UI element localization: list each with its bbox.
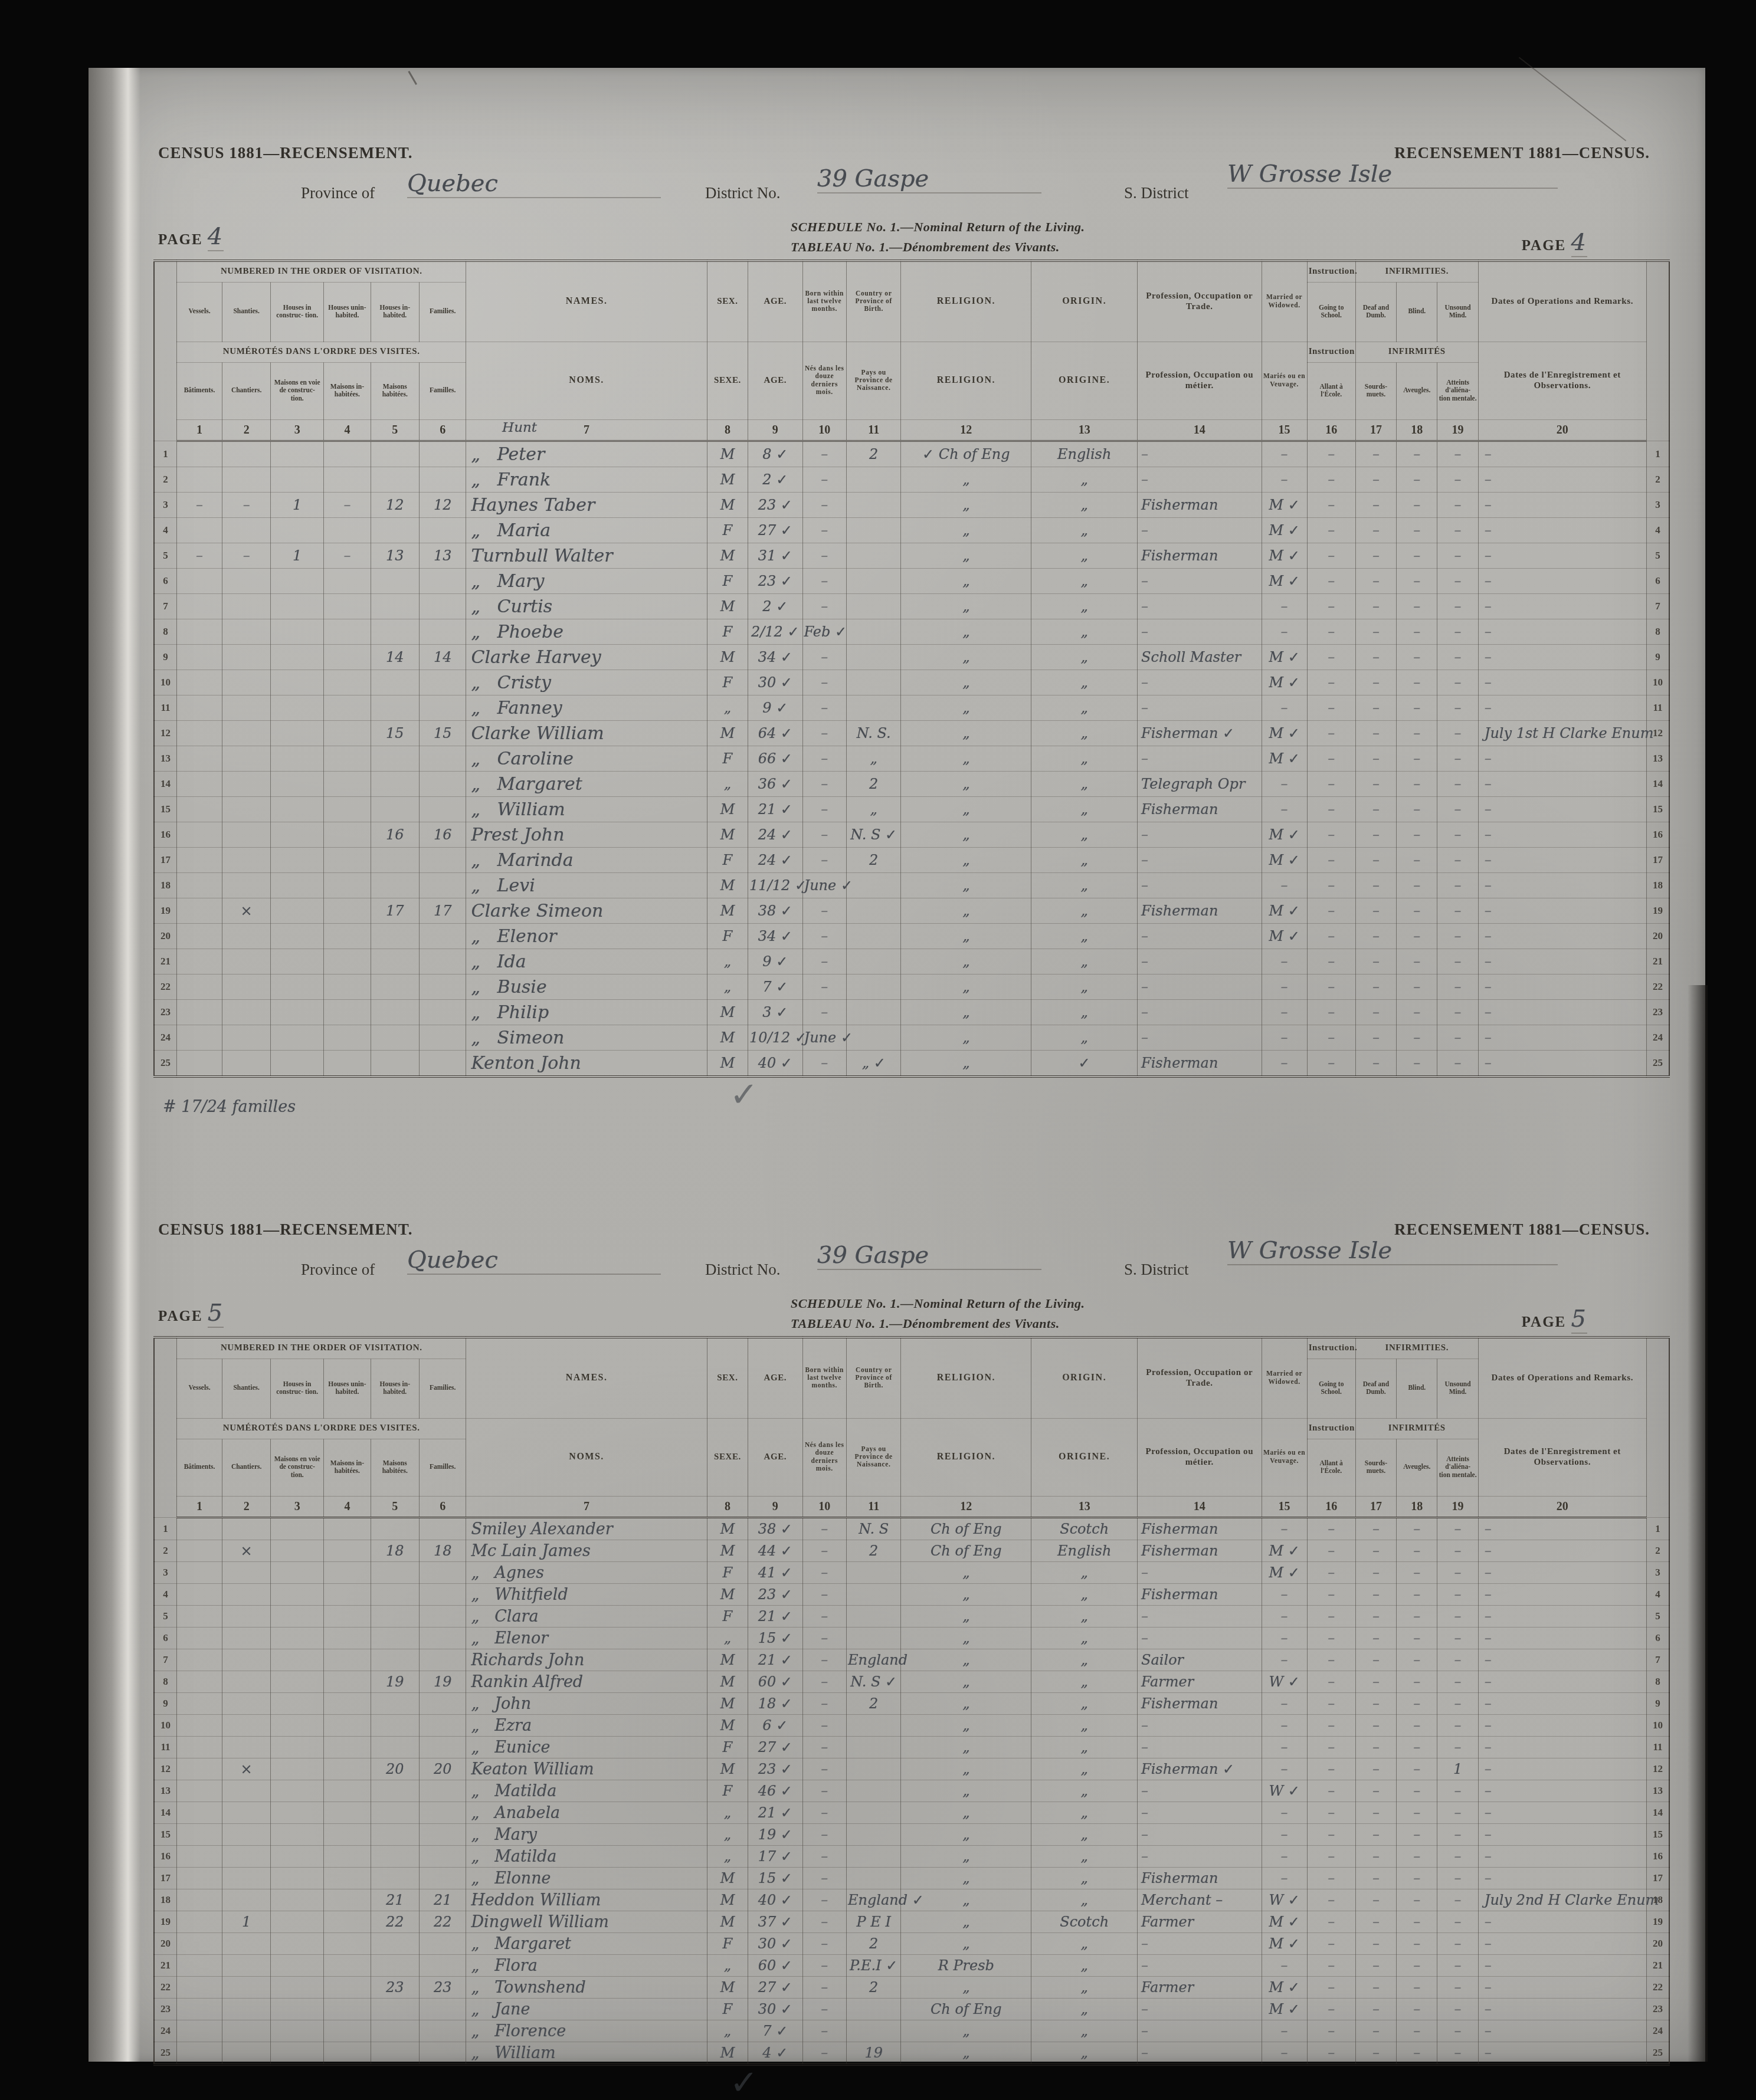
cell-col11 bbox=[847, 1715, 901, 1737]
cell-col18: – bbox=[1397, 467, 1437, 493]
cell-col9: 3 ✓ bbox=[748, 1000, 802, 1025]
row-number: 13 bbox=[154, 1780, 177, 1802]
cell-col3 bbox=[271, 1824, 324, 1846]
cell-col3 bbox=[271, 949, 324, 974]
cell-col17: – bbox=[1355, 1584, 1396, 1606]
cell-col9: 10/12 ✓ bbox=[748, 1025, 802, 1051]
cell-col6 bbox=[419, 1824, 466, 1846]
cell-col11 bbox=[847, 1868, 901, 1889]
cell-col14: Fisherman bbox=[1138, 543, 1262, 569]
cell-col12: „ bbox=[901, 746, 1031, 772]
cell-col18: – bbox=[1397, 746, 1437, 772]
cell-col9: 34 ✓ bbox=[748, 645, 802, 670]
cell-col16: – bbox=[1307, 848, 1355, 873]
cell-col8: F bbox=[707, 1737, 748, 1758]
cell-col14: – bbox=[1138, 949, 1262, 974]
cell-col2 bbox=[222, 721, 271, 746]
cell-col18: – bbox=[1397, 1649, 1437, 1671]
cell-col17: – bbox=[1355, 695, 1396, 721]
cell-col12: „ bbox=[901, 1824, 1031, 1846]
cell-col8: M bbox=[707, 1911, 748, 1933]
cell-col7: „ Margaret bbox=[466, 772, 707, 797]
cell-col20: – bbox=[1478, 1627, 1646, 1649]
cell-col16: – bbox=[1307, 974, 1355, 1000]
cell-col8: „ bbox=[707, 1846, 748, 1868]
cell-col16: – bbox=[1307, 1671, 1355, 1693]
census-row: 20„ ElenorF34 ✓–„„–M ✓–––––20 bbox=[154, 924, 1669, 949]
cell-col19: – bbox=[1437, 518, 1478, 543]
cell-col14: – bbox=[1138, 670, 1262, 695]
page-header: CENSUS 1881—RECENSEMENT. RECENSEMENT 188… bbox=[153, 1206, 1670, 1336]
cell-col9: 9 ✓ bbox=[748, 695, 802, 721]
cell-col17: – bbox=[1355, 1868, 1396, 1889]
cell-col2 bbox=[222, 1649, 271, 1671]
cell-col16: – bbox=[1307, 543, 1355, 569]
cell-col6 bbox=[419, 1518, 466, 1540]
cell-col15: M ✓ bbox=[1262, 1911, 1307, 1933]
cell-col10: June ✓ bbox=[802, 873, 846, 898]
cell-col6 bbox=[419, 1051, 466, 1077]
col-blind-en: Blind. bbox=[1397, 283, 1437, 342]
cell-col14: – bbox=[1138, 1824, 1262, 1846]
cell-col12: „ bbox=[901, 1693, 1031, 1715]
cell-col7: „ Fanney bbox=[466, 695, 707, 721]
cell-col19: – bbox=[1437, 441, 1478, 467]
cell-col15: – bbox=[1262, 1518, 1307, 1540]
cell-col7: „ Curtis bbox=[466, 594, 707, 619]
district-label: District No. bbox=[705, 184, 781, 202]
cell-col1 bbox=[177, 1999, 222, 2020]
cell-col9: 21 ✓ bbox=[748, 1606, 802, 1627]
col-occupation-fr: Profession, Occupation ou métier. bbox=[1138, 342, 1262, 420]
cell-col14: Fisherman bbox=[1138, 1868, 1262, 1889]
cell-col14: – bbox=[1138, 569, 1262, 594]
cell-col13: „ bbox=[1031, 2020, 1138, 2042]
cell-col19: – bbox=[1437, 1824, 1478, 1846]
cell-col4 bbox=[324, 898, 371, 924]
cell-col1 bbox=[177, 924, 222, 949]
cell-col20: – bbox=[1478, 1933, 1646, 1955]
cell-col3 bbox=[271, 1889, 324, 1911]
cell-col17: – bbox=[1355, 1562, 1396, 1584]
cell-col3: 1 bbox=[271, 493, 324, 518]
cell-col4 bbox=[324, 1693, 371, 1715]
cell-col4 bbox=[324, 1518, 371, 1540]
cell-col6 bbox=[419, 518, 466, 543]
cell-col20: – bbox=[1478, 772, 1646, 797]
cell-col6: 21 bbox=[419, 1889, 466, 1911]
cell-col8: F bbox=[707, 1606, 748, 1627]
col-age-en: AGE. bbox=[748, 1337, 802, 1419]
cell-col1 bbox=[177, 594, 222, 619]
cell-col7: „ Ezra bbox=[466, 1715, 707, 1737]
row-number: 17 bbox=[1646, 848, 1669, 873]
col-school-en: Going to School. bbox=[1307, 283, 1355, 342]
cell-col6: 12 bbox=[419, 493, 466, 518]
census-row: 19×1717Clarke SimeonM38 ✓–„„FishermanM ✓… bbox=[154, 898, 1669, 924]
cell-col18: – bbox=[1397, 924, 1437, 949]
cell-col17: – bbox=[1355, 1955, 1396, 1977]
cell-col9: 38 ✓ bbox=[748, 1518, 802, 1540]
cell-col19: – bbox=[1437, 848, 1478, 873]
cell-col13: „ bbox=[1031, 1584, 1138, 1606]
cell-col12: ✓ Ch of Eng bbox=[901, 441, 1031, 467]
cell-col9: 21 ✓ bbox=[748, 797, 802, 822]
cell-col11: „ bbox=[847, 797, 901, 822]
cell-col8: „ bbox=[707, 1824, 748, 1846]
cell-col5: 23 bbox=[371, 1977, 419, 1999]
cell-col15: M ✓ bbox=[1262, 721, 1307, 746]
cell-col9: 7 ✓ bbox=[748, 2020, 802, 2042]
row-number: 5 bbox=[154, 543, 177, 569]
instruction-group-en: Instruction. bbox=[1307, 261, 1355, 283]
cell-col18: – bbox=[1397, 1000, 1437, 1025]
cell-col20: – bbox=[1478, 1562, 1646, 1584]
cell-col16: – bbox=[1307, 1780, 1355, 1802]
cell-col6 bbox=[419, 569, 466, 594]
cell-col13: „ bbox=[1031, 2042, 1138, 2065]
cell-col11 bbox=[847, 1999, 901, 2020]
cell-col17: – bbox=[1355, 1977, 1396, 1999]
col-religion-fr: RELIGION. bbox=[901, 342, 1031, 420]
census-row: 21„ Flora„60 ✓–P.E.I ✓R Presb„–––––––21 bbox=[154, 1955, 1669, 1977]
col-age-en: AGE. bbox=[748, 261, 802, 342]
census-row: 23„ PhilipM3 ✓–„„–––––––23 bbox=[154, 1000, 1669, 1025]
cell-col8: F bbox=[707, 518, 748, 543]
col-born-fr: Nés dans les douze derniers mois. bbox=[802, 342, 846, 420]
row-number: 8 bbox=[154, 1671, 177, 1693]
cell-col15: – bbox=[1262, 1715, 1307, 1737]
cell-col7: Turnbull Walter bbox=[466, 543, 707, 569]
cell-col12: „ bbox=[901, 1802, 1031, 1824]
row-number: 14 bbox=[154, 772, 177, 797]
col-families-fr: Familles. bbox=[419, 363, 466, 420]
cell-col15: M ✓ bbox=[1262, 670, 1307, 695]
cell-col11 bbox=[847, 1780, 901, 1802]
row-number: 8 bbox=[154, 619, 177, 645]
cell-col12: „ bbox=[901, 543, 1031, 569]
cell-col9: 46 ✓ bbox=[748, 1780, 802, 1802]
row-number: 3 bbox=[154, 493, 177, 518]
cell-col13: „ bbox=[1031, 1671, 1138, 1693]
col-remarks-en: Dates of Operations and Remarks. bbox=[1478, 261, 1646, 342]
census-row: 2×1818Mc Lain JamesM44 ✓–2Ch of EngEngli… bbox=[154, 1540, 1669, 1562]
col-origin-en: ORIGIN. bbox=[1031, 1337, 1138, 1419]
cell-col3 bbox=[271, 1693, 324, 1715]
col-families-en: Families. bbox=[419, 283, 466, 342]
cell-col19: – bbox=[1437, 1737, 1478, 1758]
row-number: 9 bbox=[1646, 1693, 1669, 1715]
cell-col8: M bbox=[707, 797, 748, 822]
cell-col17: – bbox=[1355, 1933, 1396, 1955]
cell-col6 bbox=[419, 848, 466, 873]
cell-col3: 1 bbox=[271, 543, 324, 569]
page-number-handwritten: 4 bbox=[1571, 229, 1587, 257]
cell-col18: – bbox=[1397, 1846, 1437, 1868]
cell-col2 bbox=[222, 822, 271, 848]
page-label-left: PAGE 4 bbox=[158, 223, 224, 251]
cell-col4 bbox=[324, 873, 371, 898]
row-number: 6 bbox=[154, 569, 177, 594]
cell-col11: P E I bbox=[847, 1911, 901, 1933]
col-born-en: Born within last twelve months. bbox=[802, 261, 846, 342]
col-houses-inhabited-en: Houses in- habited. bbox=[371, 1359, 419, 1419]
cell-col12: „ bbox=[901, 569, 1031, 594]
cell-col7: Clarke Simeon bbox=[466, 898, 707, 924]
cell-col15: W ✓ bbox=[1262, 1780, 1307, 1802]
cell-col20: – bbox=[1478, 1606, 1646, 1627]
cell-col14: – bbox=[1138, 1802, 1262, 1824]
col-birthplace-en: Country or Province of Birth. bbox=[847, 261, 901, 342]
cell-col17: – bbox=[1355, 1000, 1396, 1025]
cell-col18: – bbox=[1397, 1540, 1437, 1562]
enumerator-checkmark: ✓ bbox=[730, 1074, 759, 1114]
census-table: NUMBERED IN THE ORDER OF VISITATION. NAM… bbox=[153, 260, 1670, 1078]
cell-col19: – bbox=[1437, 822, 1478, 848]
row-number: 25 bbox=[1646, 2042, 1669, 2065]
cell-col18: – bbox=[1397, 1627, 1437, 1649]
cell-col14: – bbox=[1138, 822, 1262, 848]
cell-col4 bbox=[324, 1824, 371, 1846]
cell-col4 bbox=[324, 1715, 371, 1737]
cell-col10: – bbox=[802, 1584, 846, 1606]
cell-col10: – bbox=[802, 1649, 846, 1671]
cell-col8: M bbox=[707, 1758, 748, 1780]
cell-col14: – bbox=[1138, 848, 1262, 873]
cell-col17: – bbox=[1355, 1737, 1396, 1758]
cell-col14: – bbox=[1138, 1606, 1262, 1627]
cell-col2: – bbox=[222, 543, 271, 569]
cell-col2: × bbox=[222, 1540, 271, 1562]
cell-col9: 24 ✓ bbox=[748, 822, 802, 848]
cell-col1 bbox=[177, 1649, 222, 1671]
province-value-handwritten: Quebec bbox=[407, 1246, 661, 1275]
cell-col17: – bbox=[1355, 594, 1396, 619]
cell-col9: 8 ✓ bbox=[748, 441, 802, 467]
cell-col18: – bbox=[1397, 1693, 1437, 1715]
row-number: 14 bbox=[154, 1802, 177, 1824]
cell-col12: Ch of Eng bbox=[901, 1999, 1031, 2020]
cell-col14: – bbox=[1138, 1715, 1262, 1737]
visitation-group-fr: NUMÉROTÉS DANS L'ORDRE DES VISITES. bbox=[177, 1419, 466, 1439]
cell-col17: – bbox=[1355, 974, 1396, 1000]
cell-col20: – bbox=[1478, 493, 1646, 518]
cell-col18: – bbox=[1397, 1051, 1437, 1077]
cell-col13: „ bbox=[1031, 1715, 1138, 1737]
cell-col7: „ Matilda bbox=[466, 1846, 707, 1868]
enumerator-checkmark: ✓ bbox=[730, 2062, 759, 2100]
census-page: CENSUS 1881—RECENSEMENT. RECENSEMENT 188… bbox=[153, 130, 1670, 1078]
cell-col7: „ Marinda bbox=[466, 848, 707, 873]
cell-col10: – bbox=[802, 1868, 846, 1889]
cell-col7: „ Anabela bbox=[466, 1802, 707, 1824]
cell-col14: Scholl Master bbox=[1138, 645, 1262, 670]
row-number: 16 bbox=[154, 822, 177, 848]
cell-col6 bbox=[419, 797, 466, 822]
cell-col5: 22 bbox=[371, 1911, 419, 1933]
cell-col11 bbox=[847, 1802, 901, 1824]
cell-col1: – bbox=[177, 543, 222, 569]
cell-col15: M ✓ bbox=[1262, 493, 1307, 518]
cell-col18: – bbox=[1397, 898, 1437, 924]
row-number: 13 bbox=[1646, 746, 1669, 772]
col-houses-construction-en: Houses in construc- tion. bbox=[271, 283, 324, 342]
cell-col16: – bbox=[1307, 1868, 1355, 1889]
cell-col2: 1 bbox=[222, 1911, 271, 1933]
census-row: 25„ WilliamM4 ✓–19„„–––––––25 bbox=[154, 2042, 1669, 2065]
census-row: 4„ MariaF27 ✓–„„–M ✓–––––4 bbox=[154, 518, 1669, 543]
cell-col6: 18 bbox=[419, 1540, 466, 1562]
cell-col9: 23 ✓ bbox=[748, 1758, 802, 1780]
cell-col11: „ ✓ bbox=[847, 1051, 901, 1077]
cell-col6 bbox=[419, 1693, 466, 1715]
cell-col6: 22 bbox=[419, 1911, 466, 1933]
cell-col5 bbox=[371, 695, 419, 721]
cell-col11: N. S ✓ bbox=[847, 822, 901, 848]
cell-col10: – bbox=[802, 695, 846, 721]
census-page: CENSUS 1881—RECENSEMENT. RECENSEMENT 188… bbox=[153, 1206, 1670, 2066]
cell-col3 bbox=[271, 797, 324, 822]
cell-col6 bbox=[419, 2042, 466, 2065]
cell-col7: Kenton John bbox=[466, 1051, 707, 1077]
cell-col15: M ✓ bbox=[1262, 518, 1307, 543]
cell-col12: „ bbox=[901, 2042, 1031, 2065]
cell-col13: „ bbox=[1031, 645, 1138, 670]
paper-sheet: CENSUS 1881—RECENSEMENT. RECENSEMENT 188… bbox=[89, 68, 1705, 2062]
census-row: 20„ MargaretF30 ✓–2„„–M ✓–––––20 bbox=[154, 1933, 1669, 1955]
cell-col4 bbox=[324, 594, 371, 619]
subdistrict-value-handwritten: W Grosse Isle bbox=[1227, 1237, 1558, 1265]
cell-col9: 21 ✓ bbox=[748, 1802, 802, 1824]
cell-col19: – bbox=[1437, 1671, 1478, 1693]
cell-col3 bbox=[271, 1802, 324, 1824]
cell-col17: – bbox=[1355, 1802, 1396, 1824]
cell-col11 bbox=[847, 873, 901, 898]
cell-col5 bbox=[371, 1780, 419, 1802]
cell-col14: – bbox=[1138, 1955, 1262, 1977]
cell-col14: – bbox=[1138, 1999, 1262, 2020]
cell-col10: – bbox=[802, 949, 846, 974]
cell-col20: – bbox=[1478, 1737, 1646, 1758]
cell-col6 bbox=[419, 1802, 466, 1824]
cell-col12: „ bbox=[901, 1627, 1031, 1649]
cell-col9: 38 ✓ bbox=[748, 898, 802, 924]
cell-col5 bbox=[371, 619, 419, 645]
row-number: 3 bbox=[1646, 493, 1669, 518]
cell-col12: „ bbox=[901, 873, 1031, 898]
census-row: 1„ PeterM8 ✓–2✓ Ch of EngEnglish–––––––1 bbox=[154, 441, 1669, 467]
cell-col18: – bbox=[1397, 518, 1437, 543]
cell-col12: „ bbox=[901, 1671, 1031, 1693]
row-number-column-header bbox=[1646, 1337, 1669, 1518]
row-number: 22 bbox=[1646, 974, 1669, 1000]
cell-col3 bbox=[271, 1025, 324, 1051]
cell-col9: 2 ✓ bbox=[748, 594, 802, 619]
cell-col4 bbox=[324, 619, 371, 645]
cell-col8: M bbox=[707, 873, 748, 898]
cell-col13: „ bbox=[1031, 1955, 1138, 1977]
cell-col12: „ bbox=[901, 1051, 1031, 1077]
cell-col4 bbox=[324, 1627, 371, 1649]
cell-col15: – bbox=[1262, 1802, 1307, 1824]
cell-col2 bbox=[222, 1562, 271, 1584]
census-heading-right: RECENSEMENT 1881—CENSUS. bbox=[1394, 1220, 1650, 1239]
cell-col13: „ bbox=[1031, 1649, 1138, 1671]
cell-col5 bbox=[371, 518, 419, 543]
row-number: 11 bbox=[154, 695, 177, 721]
cell-col8: „ bbox=[707, 974, 748, 1000]
cell-col2 bbox=[222, 1868, 271, 1889]
col-houses-inhabited-fr: Maisons habitées. bbox=[371, 1439, 419, 1497]
cell-col14: – bbox=[1138, 619, 1262, 645]
cell-col17: – bbox=[1355, 2042, 1396, 2065]
torn-right-edge bbox=[1688, 985, 1708, 2062]
cell-col8: M bbox=[707, 1518, 748, 1540]
cell-col5 bbox=[371, 569, 419, 594]
cell-col17: – bbox=[1355, 1846, 1396, 1868]
cell-col12: „ bbox=[901, 1715, 1031, 1737]
cell-col17: – bbox=[1355, 1889, 1396, 1911]
cell-col19: – bbox=[1437, 645, 1478, 670]
col-shanties-en: Shanties. bbox=[222, 1359, 271, 1419]
cell-col12: „ bbox=[901, 1780, 1031, 1802]
cell-col3 bbox=[271, 1518, 324, 1540]
table-body: 1Smiley AlexanderM38 ✓–N. SCh of EngScot… bbox=[154, 1518, 1669, 2065]
cell-col20: – bbox=[1478, 797, 1646, 822]
cell-col5 bbox=[371, 1999, 419, 2020]
cell-col20: – bbox=[1478, 695, 1646, 721]
district-value-handwritten: 39 Gaspe bbox=[817, 165, 1041, 193]
cell-col3 bbox=[271, 1627, 324, 1649]
cell-col11 bbox=[847, 670, 901, 695]
cell-col15: M ✓ bbox=[1262, 746, 1307, 772]
cell-col16: – bbox=[1307, 898, 1355, 924]
cell-col5 bbox=[371, 1518, 419, 1540]
cell-col10: – bbox=[802, 1955, 846, 1977]
cell-col9: 27 ✓ bbox=[748, 1737, 802, 1758]
cell-col16: – bbox=[1307, 1955, 1355, 1977]
row-number: 23 bbox=[154, 1999, 177, 2020]
cell-col13: „ bbox=[1031, 1758, 1138, 1780]
cell-col8: F bbox=[707, 848, 748, 873]
col-sex-en: SEX. bbox=[707, 261, 748, 342]
cell-col11 bbox=[847, 1627, 901, 1649]
cell-col1 bbox=[177, 1824, 222, 1846]
cell-col17: – bbox=[1355, 873, 1396, 898]
cell-col1 bbox=[177, 721, 222, 746]
row-number: 16 bbox=[154, 1846, 177, 1868]
cell-col20: – bbox=[1478, 1846, 1646, 1868]
cell-col5 bbox=[371, 1802, 419, 1824]
col-sex-fr: SEXE. bbox=[707, 1419, 748, 1497]
cell-col16: – bbox=[1307, 594, 1355, 619]
cell-col16: – bbox=[1307, 949, 1355, 974]
cell-col4 bbox=[324, 2042, 371, 2065]
cell-col11 bbox=[847, 974, 901, 1000]
cell-col18: – bbox=[1397, 619, 1437, 645]
cell-col8: M bbox=[707, 1025, 748, 1051]
cell-col4 bbox=[324, 1000, 371, 1025]
cell-col16: – bbox=[1307, 1693, 1355, 1715]
cell-col2 bbox=[222, 974, 271, 1000]
cell-col14: – bbox=[1138, 1780, 1262, 1802]
cell-col8: F bbox=[707, 1999, 748, 2020]
cell-col15: – bbox=[1262, 974, 1307, 1000]
cell-col13: „ bbox=[1031, 1025, 1138, 1051]
cell-col19: – bbox=[1437, 1584, 1478, 1606]
cell-col1 bbox=[177, 1911, 222, 1933]
census-row: 25Kenton JohnM40 ✓–„ ✓„✓Fisherman––––––2… bbox=[154, 1051, 1669, 1077]
